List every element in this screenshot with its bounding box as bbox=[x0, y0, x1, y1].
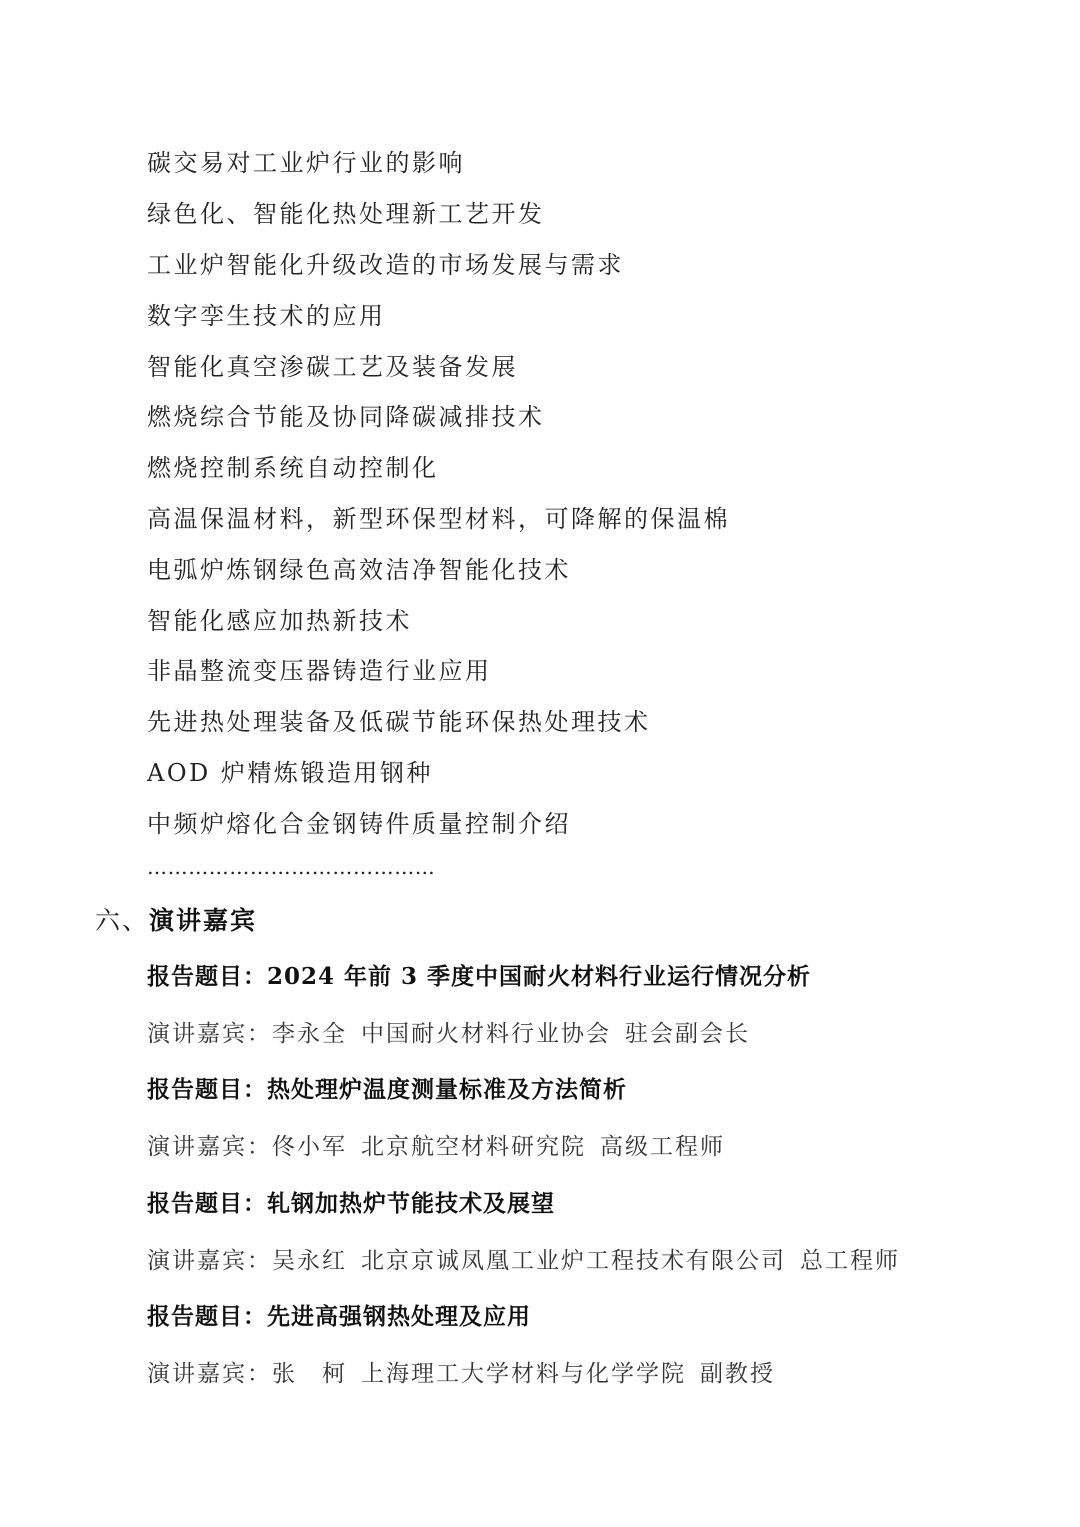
report-title-text: 轧钢加热炉节能技术及展望 bbox=[267, 1190, 555, 1217]
topic-item: 先进热处理装备及低碳节能环保热处理技术 bbox=[147, 707, 651, 737]
speaker-label: 演讲嘉宾： bbox=[147, 1361, 272, 1387]
report-title-text: 2024 年前 3 季度中国耐火材料行业运行情况分析 bbox=[267, 963, 811, 990]
report-title: 报告题目：2024 年前 3 季度中国耐火材料行业运行情况分析 bbox=[147, 962, 811, 992]
speaker-line: 演讲嘉宾：佟小军北京航空材料研究院高级工程师 bbox=[147, 1132, 725, 1162]
topic-item: 中频炉熔化合金钢铸件质量控制介绍 bbox=[147, 809, 571, 839]
topic-item: AOD 炉精炼锻造用钢种 bbox=[147, 758, 433, 788]
speaker-org: 北京航空材料研究院 bbox=[361, 1134, 586, 1160]
topic-item: 电弧炉炼钢绿色高效洁净智能化技术 bbox=[147, 555, 571, 585]
topic-item: 燃烧综合节能及协同降碳减排技术 bbox=[147, 402, 545, 432]
report-title-text: 先进高强钢热处理及应用 bbox=[267, 1303, 531, 1330]
speaker-role: 高级工程师 bbox=[600, 1134, 725, 1160]
speaker-label: 演讲嘉宾： bbox=[147, 1248, 272, 1274]
topic-item: 燃烧控制系统自动控制化 bbox=[147, 453, 439, 483]
report-title: 报告题目：先进高强钢热处理及应用 bbox=[147, 1302, 531, 1332]
topic-item: 数字孪生技术的应用 bbox=[147, 301, 386, 331]
speaker-org: 上海理工大学材料与化学学院 bbox=[361, 1361, 686, 1387]
speaker-role: 驻会副会长 bbox=[625, 1021, 750, 1047]
report-title-label: 报告题目： bbox=[147, 1076, 267, 1103]
speaker-label: 演讲嘉宾： bbox=[147, 1134, 272, 1160]
speaker-line: 演讲嘉宾：李永全中国耐火材料行业协会驻会副会长 bbox=[147, 1019, 750, 1049]
report-title-label: 报告题目： bbox=[147, 963, 267, 990]
speaker-name: 李永全 bbox=[272, 1021, 347, 1047]
speaker-name: 吴永红 bbox=[272, 1248, 347, 1274]
topic-item: 绿色化、智能化热处理新工艺开发 bbox=[147, 199, 545, 229]
speaker-role: 总工程师 bbox=[800, 1248, 900, 1274]
speaker-role: 副教授 bbox=[700, 1361, 775, 1387]
report-title-text: 热处理炉温度测量标准及方法简析 bbox=[267, 1076, 627, 1103]
section-title: 演讲嘉宾 bbox=[149, 906, 257, 935]
report-title-label: 报告题目： bbox=[147, 1303, 267, 1330]
speaker-name: 张 柯 bbox=[272, 1361, 347, 1387]
topic-item: 高温保温材料，新型环保型材料，可降解的保温棉 bbox=[147, 504, 730, 534]
topic-item: 碳交易对工业炉行业的影响 bbox=[147, 148, 465, 178]
speaker-line: 演讲嘉宾：吴永红北京京诚凤凰工业炉工程技术有限公司总工程师 bbox=[147, 1246, 900, 1276]
topic-item: 工业炉智能化升级改造的市场发展与需求 bbox=[147, 250, 624, 280]
speaker-org: 北京京诚凤凰工业炉工程技术有限公司 bbox=[361, 1248, 786, 1274]
topic-item: 智能化感应加热新技术 bbox=[147, 606, 412, 636]
report-title-label: 报告题目： bbox=[147, 1190, 267, 1217]
speaker-label: 演讲嘉宾： bbox=[147, 1021, 272, 1047]
topic-item: 非晶整流变压器铸造行业应用 bbox=[147, 656, 492, 686]
report-title: 报告题目：轧钢加热炉节能技术及展望 bbox=[147, 1189, 555, 1219]
section-number: 六、 bbox=[95, 906, 149, 935]
report-title: 报告题目：热处理炉温度测量标准及方法简析 bbox=[147, 1075, 627, 1105]
ellipsis-line: …………………………………… bbox=[147, 855, 435, 879]
speaker-org: 中国耐火材料行业协会 bbox=[361, 1021, 611, 1047]
document-page: 碳交易对工业炉行业的影响 绿色化、智能化热处理新工艺开发 工业炉智能化升级改造的… bbox=[0, 0, 1080, 1527]
speaker-line: 演讲嘉宾：张 柯上海理工大学材料与化学学院副教授 bbox=[147, 1359, 775, 1389]
speaker-name: 佟小军 bbox=[272, 1134, 347, 1160]
topic-item: 智能化真空渗碳工艺及装备发展 bbox=[147, 352, 518, 382]
section-heading: 六、演讲嘉宾 bbox=[95, 906, 257, 936]
